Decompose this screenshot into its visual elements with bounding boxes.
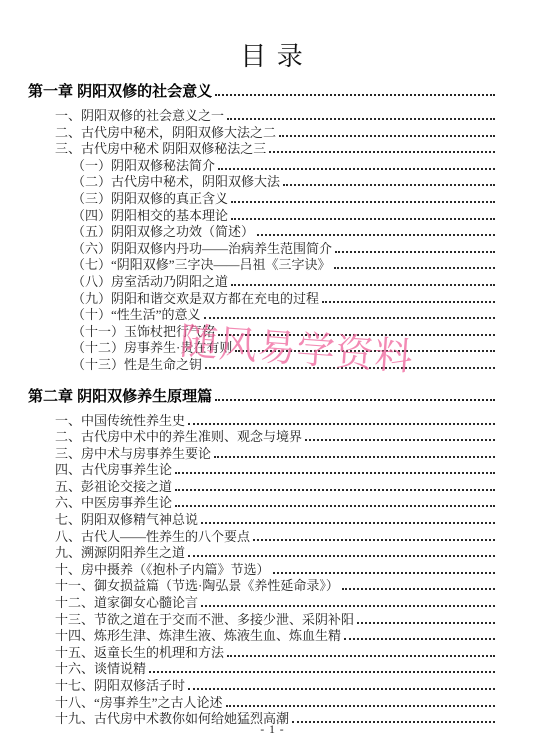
toc-entry-label: （二）古代房中秘术，阴阳双修大法 [72,174,280,191]
toc-entry-label: 十五、返童长生的机理和方法 [55,645,224,662]
dot-leader [205,367,495,369]
toc-entry: 一、中国传统性养生史 [28,413,495,430]
toc-entry-label: （七）“阴阳双修”三字决——吕祖《三字诀》 [72,257,331,274]
dot-leader [218,168,495,170]
toc-entry: 三、古代房中秘术 阴阳双修秘法之三 [28,141,495,158]
toc-entry: （十三）性是生命之钥 [28,357,495,374]
toc-entry: （九）阴阳和谐交欢是双方都在充电的过程 [28,291,495,308]
dot-leader [188,555,495,557]
dot-leader [283,184,495,186]
toc-entry: 十四、炼形生津、炼津生液、炼液生血、炼血生精 [28,628,495,645]
page-title: 目 录 [0,0,545,68]
toc-entry-label: 九、溯源阴阳养生之道 [55,545,185,562]
toc-entry: 十、房中摄养（《抱朴子内篇》节选） [28,562,495,579]
toc-entry-label: 十四、炼形生津、炼津生液、炼液生血、炼血生精 [55,628,341,645]
toc-entry-label: 一、中国传统性养生史 [55,413,185,430]
toc-entry-label: 十一、御女损益篇（节选·陶弘景《养性延命录》） [55,578,339,595]
dot-leader [231,218,495,220]
toc-entry: 十八、“房事养生”之古人论述 [28,695,495,712]
toc-entry-label: 五、彭祖论交接之道 [55,479,172,496]
dot-leader [305,439,495,441]
toc-entry: （八）房室活动乃阴阳之道 [28,274,495,291]
toc-entry: （十一）玉饰杖把行气铭 [28,324,495,341]
dot-leader [201,522,495,524]
toc-entry-label: （八）房室活动乃阴阳之道 [72,274,228,291]
toc-entry: 二、古代房中秘术，阴阳双修大法之二 [28,125,495,142]
dot-leader [335,251,495,253]
dot-leader [188,423,495,425]
chapter-heading-label: 第一章 阴阳双修的社会意义 [28,82,212,101]
toc-entry: （三）阴阳双修的真正含义 [28,191,495,208]
dot-leader [322,301,495,303]
toc-entry-label: 三、古代房中秘术 阴阳双修秘法之三 [55,141,266,158]
toc-entry: 七、阴阳双修精气神总说 [28,512,495,529]
toc-entry: 一、阴阳双修的社会意义之一 [28,108,495,125]
dot-leader [279,135,495,137]
dot-leader [342,588,495,590]
dot-leader [269,151,495,153]
toc-entry: 四、古代房事养生论 [28,462,495,479]
toc-entry-label: 十、房中摄养（《抱朴子内篇》节选） [55,562,270,579]
toc-entry-label: 二、古代房中秘术，阴阳双修大法之二 [55,125,276,142]
toc-entry-label: 八、古代人——性养生的八个要点 [55,529,250,546]
document-page: 目 录 第一章 阴阳双修的社会意义一、阴阳双修的社会意义之一二、古代房中秘术，阴… [0,0,545,756]
toc-entry-label: 十二、道家御女心髓论言 [55,595,198,612]
toc-entry: 十三、节欲之道在于交而不泄、多接少泄、采阴补阳 [28,612,495,629]
toc-entry: （五）阴阳双修之功效（简述） [28,224,495,241]
dot-leader [334,267,495,269]
chapter-heading-label: 第二章 阴阳双修养生原理篇 [28,387,212,406]
page-number: - 1 - [0,724,545,736]
toc-entry: （四）阴阳相交的基本理论 [28,208,495,225]
toc-entry: （六）阴阳双修内丹功——治病养生范围简介 [28,241,495,258]
toc-entry-label: （一）阴阳双修秘法简介 [72,158,215,175]
toc-entry-label: （十一）玉饰杖把行气铭 [72,324,215,341]
toc-entry-label: 四、古代房事养生论 [55,462,172,479]
toc-entry: （十）“性生活”的意义 [28,307,495,324]
dot-leader [273,572,495,574]
toc-entry-label: 七、阴阳双修精气神总说 [55,512,198,529]
toc-entry: （一）阴阳双修秘法简介 [28,158,495,175]
toc-entry-label: （九）阴阳和谐交欢是双方都在充电的过程 [72,291,319,308]
dot-leader [227,655,495,657]
toc-entry: （七）“阴阳双修”三字决——吕祖《三字诀》 [28,257,495,274]
toc-entry-label: （十二）房事养生·贵在有则 [72,340,232,357]
toc-entry-label: 一、阴阳双修的社会意义之一 [55,108,224,125]
toc-entry: 三、房中术与房事养生要论 [28,446,495,463]
chapter-heading: 第二章 阴阳双修养生原理篇 [28,387,495,406]
toc-entry-label: （五）阴阳双修之功效（简述） [72,224,254,241]
toc-entry: 二、古代房中术中的养生准则、观念与境界 [28,429,495,446]
toc-entry: 十一、御女损益篇（节选·陶弘景《养性延命录》） [28,578,495,595]
dot-leader [227,118,495,120]
toc-entry-label: 六、中医房事养生论 [55,495,172,512]
toc-entry: 十七、阴阳双修活子时 [28,678,495,695]
dot-leader [218,334,495,336]
toc-entry: 六、中医房事养生论 [28,495,495,512]
dot-leader [253,539,495,541]
toc-entry: 九、溯源阴阳养生之道 [28,545,495,562]
toc-entry-label: 十八、“房事养生”之古人论述 [55,695,223,712]
dot-leader [214,456,495,458]
dot-leader [175,472,495,474]
toc-entry-label: 三、房中术与房事养生要论 [55,446,211,463]
toc-entry: 八、古代人——性养生的八个要点 [28,529,495,546]
toc-entry-label: （十三）性是生命之钥 [72,357,202,374]
dot-leader [175,489,495,491]
toc-entry: （二）古代房中秘术，阴阳双修大法 [28,174,495,191]
dot-leader [201,605,495,607]
dot-leader [175,505,495,507]
dot-leader [215,399,495,401]
toc-entry: 十六、谈情说精 [28,661,495,678]
dot-leader [188,688,495,690]
dot-leader [226,705,495,707]
toc-entry-label: 十七、阴阳双修活子时 [55,678,185,695]
toc-entry: 十二、道家御女心髓论言 [28,595,495,612]
dot-leader [344,638,495,640]
toc-entry-label: 二、古代房中术中的养生准则、观念与境界 [55,429,302,446]
toc-entry-label: （四）阴阳相交的基本理论 [72,208,228,225]
dot-leader [215,94,495,96]
toc-entry-label: （三）阴阳双修的真正含义 [72,191,228,208]
chapter-heading: 第一章 阴阳双修的社会意义 [28,82,495,101]
dot-leader [257,234,495,236]
dot-leader [149,671,495,673]
toc-entry-label: （六）阴阳双修内丹功——治病养生范围简介 [72,241,332,258]
toc-entry-label: 十六、谈情说精 [55,661,146,678]
dot-leader [357,622,495,624]
dot-leader [235,350,495,352]
toc-entry: 五、彭祖论交接之道 [28,479,495,496]
toc-entry-label: 十三、节欲之道在于交而不泄、多接少泄、采阴补阳 [55,612,354,629]
dot-leader [204,317,495,319]
dot-leader [292,721,495,723]
toc-entry: （十二）房事养生·贵在有则 [28,340,495,357]
toc-entry: 十五、返童长生的机理和方法 [28,645,495,662]
toc: 第一章 阴阳双修的社会意义一、阴阳双修的社会意义之一二、古代房中秘术，阴阳双修大… [28,82,495,728]
dot-leader [231,201,495,203]
toc-entry-label: （十）“性生活”的意义 [72,307,201,324]
dot-leader [231,284,495,286]
